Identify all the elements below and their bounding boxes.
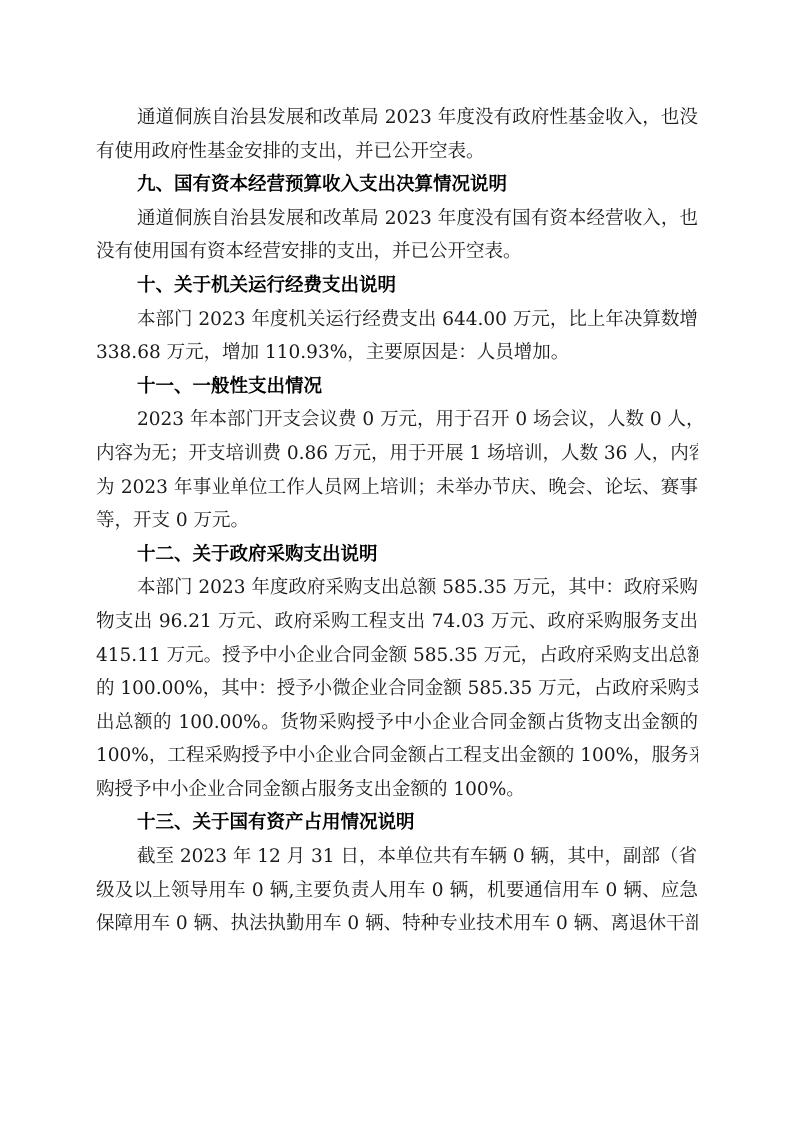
paragraph-line: 等，开支 0 万元。 <box>96 504 698 538</box>
paragraph-line: 级及以上领导用车 0 辆,主要负责人用车 0 辆，机要通信用车 0 辆、应急 <box>96 874 698 908</box>
paragraph-line: 物支出 96.21 万元、政府采购工程支出 74.03 万元、政府采购服务支出 <box>96 605 698 639</box>
paragraph-line: 内容为无；开支培训费 0.86 万元，用于开展 1 场培训，人数 36 人，内容 <box>96 437 698 471</box>
paragraph-line: 本部门 2023 年度机关运行经费支出 644.00 万元，比上年决算数增加 <box>96 303 698 337</box>
section-heading: 十、关于机关运行经费支出说明 <box>96 269 698 303</box>
paragraph-line: 保障用车 0 辆、执法执勤用车 0 辆、特种专业技术用车 0 辆、离退休干部 <box>96 907 698 941</box>
paragraph-line: 415.11 万元。授予中小企业合同金额 585.35 万元，占政府采购支出总额 <box>96 639 698 673</box>
section-state-capital: 九、国有资本经营预算收入支出决算情况说明 通道侗族自治县发展和改革局 2023 … <box>96 168 698 269</box>
section-heading: 十二、关于政府采购支出说明 <box>96 538 698 572</box>
paragraph-line: 出总额的 100.00%。货物采购授予中小企业合同金额占货物支出金额的 <box>96 706 698 740</box>
paragraph-line: 通道侗族自治县发展和改革局 2023 年度没有国有资本经营收入，也 <box>96 202 698 236</box>
section-heading: 九、国有资本经营预算收入支出决算情况说明 <box>96 168 698 202</box>
paragraph-line: 通道侗族自治县发展和改革局 2023 年度没有政府性基金收入，也没 <box>96 101 698 135</box>
paragraph-line: 338.68 万元，增加 110.93%，主要原因是：人员增加。 <box>96 336 698 370</box>
section-gov-fund: 通道侗族自治县发展和改革局 2023 年度没有政府性基金收入，也没 有使用政府性… <box>96 101 698 168</box>
section-operating-expense: 十、关于机关运行经费支出说明 本部门 2023 年度机关运行经费支出 644.0… <box>96 269 698 370</box>
paragraph-line: 100%，工程采购授予中小企业合同金额占工程支出金额的 100%，服务采 <box>96 739 698 773</box>
paragraph-line: 2023 年本部门开支会议费 0 万元，用于召开 0 场会议，人数 0 人， <box>96 403 698 437</box>
paragraph-line: 为 2023 年事业单位工作人员网上培训；未举办节庆、晚会、论坛、赛事 <box>96 471 698 505</box>
document-page: 通道侗族自治县发展和改革局 2023 年度没有政府性基金收入，也没 有使用政府性… <box>96 101 698 941</box>
section-state-assets: 十三、关于国有资产占用情况说明 截至 2023 年 12 月 31 日，本单位共… <box>96 806 698 940</box>
paragraph-line: 的 100.00%，其中：授予小微企业合同金额 585.35 万元，占政府采购支 <box>96 672 698 706</box>
paragraph-line: 没有使用国有资本经营安排的支出，并已公开空表。 <box>96 235 698 269</box>
section-procurement: 十二、关于政府采购支出说明 本部门 2023 年度政府采购支出总额 585.35… <box>96 538 698 807</box>
paragraph-line: 购授予中小企业合同金额占服务支出金额的 100%。 <box>96 773 698 807</box>
section-general-expense: 十一、一般性支出情况 2023 年本部门开支会议费 0 万元，用于召开 0 场会… <box>96 370 698 538</box>
section-heading: 十三、关于国有资产占用情况说明 <box>96 806 698 840</box>
paragraph-line: 有使用政府性基金安排的支出，并已公开空表。 <box>96 135 698 169</box>
paragraph-line: 本部门 2023 年度政府采购支出总额 585.35 万元，其中：政府采购货 <box>96 571 698 605</box>
section-heading: 十一、一般性支出情况 <box>96 370 698 404</box>
paragraph-line: 截至 2023 年 12 月 31 日，本单位共有车辆 0 辆，其中，副部（省） <box>96 840 698 874</box>
